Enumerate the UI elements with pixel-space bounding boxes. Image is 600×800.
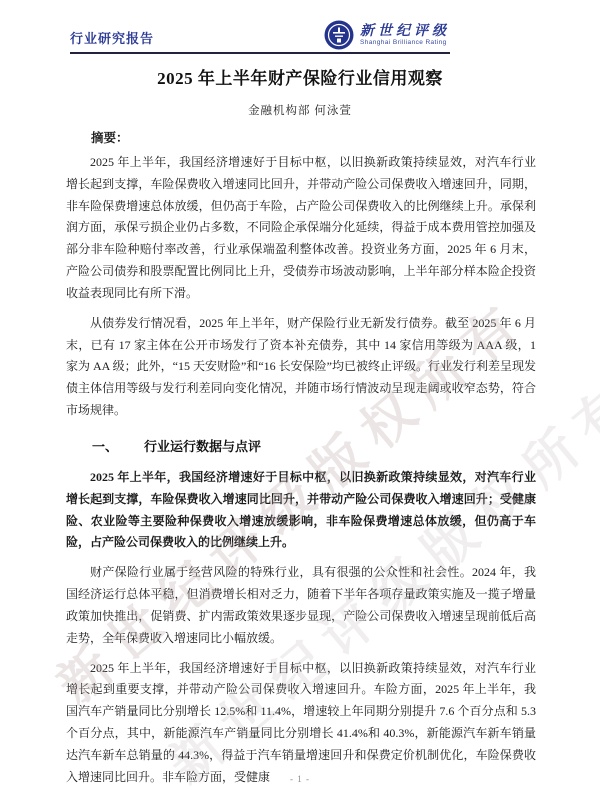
brand-name-en: Shanghai Brilliance Rating — [360, 39, 450, 46]
byline: 金融机构部 何泳萱 — [0, 102, 600, 118]
report-page: 行业研究报告 新世纪评级 Shanghai Brilliance Rating — [0, 0, 600, 800]
abstract-paragraph-2: 从债券发行情况看，2025 年上半年，财产保险行业无新发行债券。截至 2025 … — [66, 313, 536, 422]
section-1-title: 行业运行数据与点评 — [144, 439, 261, 454]
page-header: 行业研究报告 新世纪评级 Shanghai Brilliance Rating — [70, 20, 450, 54]
brand-name-cn: 新世纪评级 — [360, 24, 450, 39]
section-1-paragraph-2: 财产保险行业属于经营风险的特殊行业，具有很强的公众性和社会性。2024 年，我国… — [66, 562, 536, 649]
abstract-paragraph-1: 2025 年上半年，我国经济增速好于目标中枢，以旧换新政策持续显效，对汽车行业增… — [66, 152, 536, 305]
section-1-paragraph-3: 2025 年上半年，我国经济增速好于目标中枢，以旧换新政策持续显效，对汽车行业增… — [66, 658, 536, 789]
section-1-number: 一、 — [92, 439, 118, 454]
abstract-label: 摘要： — [66, 128, 536, 146]
section-1-paragraph-1: 2025 年上半年，我国经济增速好于目标中枢，以旧换新政策持续显效，对汽车行业增… — [66, 467, 536, 554]
brand-logo: 新世纪评级 Shanghai Brilliance Rating — [324, 20, 450, 50]
page-title: 2025 年上半年财产保险行业信用观察 — [0, 64, 600, 89]
page-number: - 1 - — [0, 774, 600, 784]
section-1-heading: 一、行业运行数据与点评 — [66, 436, 536, 455]
report-type-label: 行业研究报告 — [70, 28, 154, 50]
header-divider-rule — [70, 52, 450, 54]
brand-text: 新世纪评级 Shanghai Brilliance Rating — [360, 24, 450, 47]
brand-emblem-icon — [324, 20, 354, 50]
document-body: 摘要： 2025 年上半年，我国经济增速好于目标中枢，以旧换新政策持续显效，对汽… — [66, 128, 536, 797]
